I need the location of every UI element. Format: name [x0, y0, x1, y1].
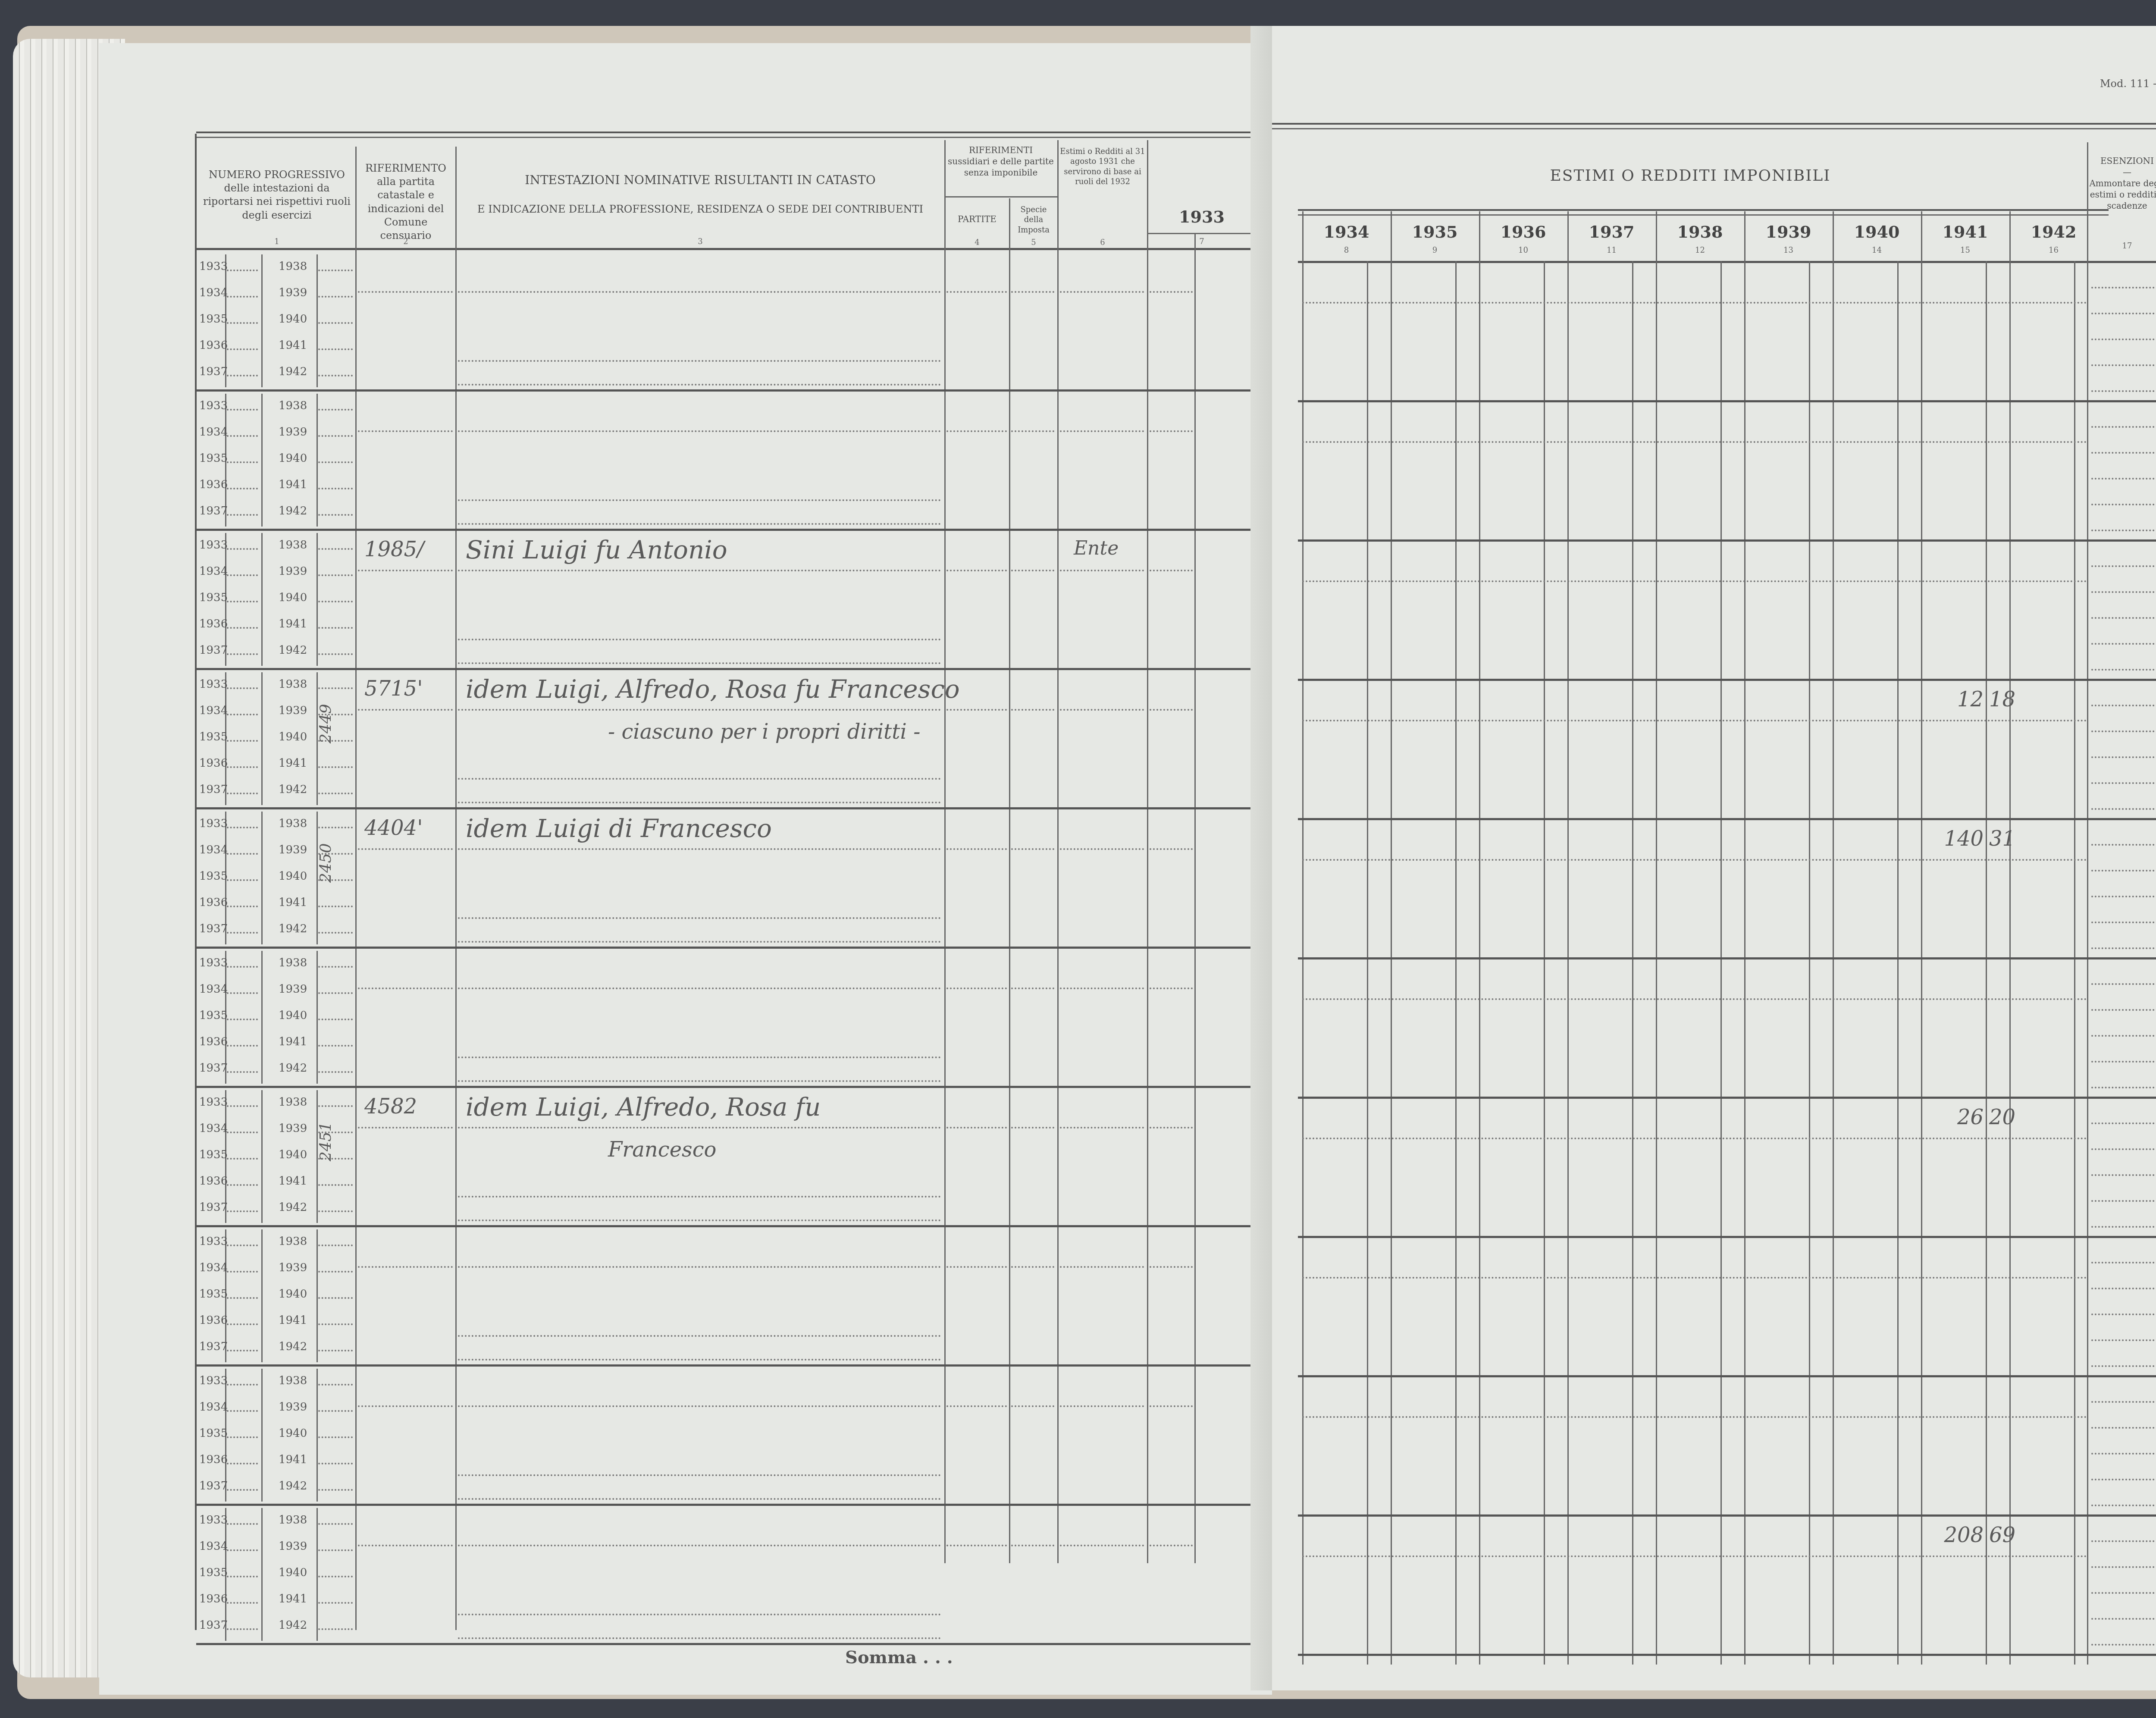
- name-line: [458, 384, 941, 386]
- block-divider: [196, 947, 1274, 949]
- esenzioni-line: [2091, 339, 2156, 340]
- dot-leader: [318, 1384, 353, 1386]
- col6-line: [1060, 291, 1144, 293]
- col6-line: [1060, 1545, 1144, 1546]
- year-col-divider: [1391, 211, 1392, 1665]
- year-label: 1942: [279, 505, 307, 517]
- divider-esenzioni: [2087, 142, 2088, 1665]
- col6-line: [1060, 709, 1144, 711]
- year-label: 1942: [279, 1340, 307, 1353]
- value-line: [1302, 998, 2087, 1000]
- specie-line: [1011, 709, 1054, 711]
- year-col-divider: [1656, 211, 1657, 1665]
- col2-sub: alla partita catastale e indicazioni del…: [357, 175, 454, 242]
- col5-title: Specie della Imposta: [1010, 205, 1057, 235]
- dot-leader: [227, 1210, 258, 1212]
- value-line: [1302, 1555, 2087, 1557]
- dot-leader: [227, 1271, 258, 1273]
- year-label: 1935: [199, 870, 228, 883]
- esenzioni-line: [2091, 1148, 2156, 1150]
- dot-leader: [227, 1132, 258, 1133]
- year-label: 1934: [199, 565, 228, 578]
- partite-line: [946, 1266, 1007, 1268]
- esenzioni-line: [2091, 782, 2156, 784]
- esenzioni-line: [2091, 591, 2156, 593]
- col3-sub: E INDICAZIONE DELLA PROFESSIONE, RESIDEN…: [457, 203, 943, 216]
- entry-riferimento: 5715': [364, 677, 423, 701]
- dot-leader: [318, 1105, 353, 1107]
- name-line: [458, 778, 941, 780]
- year-col-num: 15: [1921, 246, 2009, 255]
- dot-leader: [318, 966, 353, 968]
- dot-leader: [227, 1323, 258, 1325]
- name-line: [458, 802, 941, 803]
- year-label: 1936: [199, 896, 228, 909]
- col6-num: 6: [1058, 238, 1147, 247]
- col7-line: [1150, 988, 1193, 989]
- esenzioni-line: [2091, 756, 2156, 758]
- dot-leader: [227, 1523, 258, 1525]
- year-label: 1936: [199, 1314, 228, 1327]
- partite-line: [946, 430, 1007, 432]
- dot-leader: [318, 1245, 353, 1246]
- dot-leader: [318, 827, 353, 828]
- year-label: 1935: [199, 1288, 228, 1301]
- name-line: [458, 1359, 941, 1361]
- esenzioni-line: [2091, 426, 2156, 428]
- somma-label: Somma . . .: [845, 1647, 953, 1668]
- year-label: 1940: [279, 1009, 307, 1022]
- col2-num: 2: [357, 237, 454, 246]
- col1-sub: delle intestazioni da riportarsi nei ris…: [199, 182, 354, 222]
- year-label: 1940: [279, 730, 307, 743]
- block-divider: [1298, 539, 2156, 542]
- year-label: 1933: [199, 1096, 228, 1109]
- col4-title: PARTITE: [945, 213, 1009, 225]
- col7-line: [1150, 1127, 1193, 1129]
- block-divider: [196, 529, 1274, 531]
- dot-leader: [318, 1410, 353, 1412]
- year-col-divider: [261, 533, 263, 666]
- dot-leader: [318, 992, 353, 994]
- col6-line: [1060, 430, 1144, 432]
- year-label: 1938: [279, 1514, 307, 1527]
- year-label: 1934: [199, 843, 228, 856]
- ref-line: [358, 1266, 453, 1268]
- year-label: 1935: [199, 1148, 228, 1161]
- name-line: [458, 1196, 941, 1198]
- block-divider: [1298, 1097, 2156, 1099]
- entry-side-number: 2450: [317, 843, 335, 883]
- year-label: 1935: [199, 730, 228, 743]
- year-label: 1940: [279, 1427, 307, 1440]
- col2-header: RIFERIMENTO alla partita catastale e ind…: [357, 162, 454, 242]
- year-col-divider: [317, 1369, 318, 1502]
- dot-leader: [227, 514, 258, 516]
- col7-line: [1150, 1405, 1193, 1407]
- esenzioni-line: [2091, 364, 2156, 366]
- dot-leader: [227, 766, 258, 768]
- col7-line: [1150, 848, 1193, 850]
- year-col-divider: [261, 254, 263, 387]
- esenzioni-line: [2091, 504, 2156, 505]
- col3-num: 3: [457, 237, 943, 246]
- name-line: [458, 360, 941, 362]
- name-line: [458, 1474, 941, 1476]
- ref-line: [358, 430, 453, 432]
- name-line: [458, 941, 941, 943]
- dot-leader: [318, 601, 353, 602]
- dot-leader: [318, 488, 353, 489]
- dot-leader: [318, 1463, 353, 1464]
- year-label: 1936: [199, 1175, 228, 1188]
- dot-leader: [227, 1628, 258, 1630]
- year-label: 1937: [199, 1062, 228, 1075]
- divider-col7: [1194, 233, 1196, 1563]
- entry-intestazione: idem Luigi, Alfredo, Rosa fu: [466, 1092, 821, 1122]
- ref-line: [358, 709, 453, 711]
- name-line: [458, 499, 941, 501]
- block-divider: [1298, 1375, 2156, 1377]
- year-label: 1933: [199, 1514, 228, 1527]
- name-line: [458, 1545, 941, 1546]
- esenzioni-title: ESENZIONI: [2088, 155, 2156, 166]
- esenzioni-line: [2091, 1200, 2156, 1202]
- esenzioni-line: [2091, 1288, 2156, 1289]
- divider-col6-col7: [1147, 140, 1148, 1563]
- dot-leader: [227, 1184, 258, 1186]
- esenzioni-line: [2091, 565, 2156, 567]
- year-col-divider: [1479, 211, 1480, 1665]
- dot-leader: [227, 296, 258, 298]
- dot-leader: [227, 714, 258, 715]
- esenzioni-line: [2091, 617, 2156, 619]
- year-col-num: 9: [1391, 246, 1479, 255]
- dot-leader: [227, 574, 258, 576]
- esenzioni-line: [2091, 313, 2156, 314]
- specie-line: [1011, 291, 1054, 293]
- block-divider: [196, 1364, 1274, 1367]
- dot-leader: [227, 548, 258, 550]
- year-label: 1937: [199, 783, 228, 796]
- specie-line: [1011, 430, 1054, 432]
- specie-line: [1011, 570, 1054, 571]
- year-header: 1941: [1921, 222, 2009, 241]
- dot-leader: [227, 1105, 258, 1107]
- partite-line: [946, 1405, 1007, 1407]
- year-label: 1939: [279, 1122, 307, 1135]
- specie-line: [1011, 988, 1054, 989]
- year-label: 1937: [199, 1340, 228, 1353]
- year-label: 1937: [199, 365, 228, 378]
- col6-line: [1060, 1266, 1144, 1268]
- name-line: [458, 988, 941, 989]
- year-label: 1942: [279, 1062, 307, 1075]
- dot-leader: [318, 1576, 353, 1577]
- esenzioni-line: [2091, 1339, 2156, 1341]
- value-1941-lire: 140: [1930, 827, 1984, 851]
- dot-leader: [227, 827, 258, 828]
- value-line: [1302, 720, 2087, 721]
- year-label: 1939: [279, 983, 307, 996]
- block-divider: [1298, 1654, 2156, 1656]
- ref-line: [358, 570, 453, 571]
- block-divider: [1298, 957, 2156, 959]
- dot-leader: [318, 1210, 353, 1212]
- esenzioni-line: [2091, 478, 2156, 480]
- name-line: [458, 430, 941, 432]
- dot-leader: [227, 1576, 258, 1577]
- dot-leader: [227, 1489, 258, 1491]
- dot-leader: [227, 932, 258, 934]
- year-label: 1937: [199, 1201, 228, 1214]
- dot-leader: [318, 1523, 353, 1525]
- year-col-divider: [1744, 211, 1745, 1665]
- esenzioni-line: [2091, 1122, 2156, 1124]
- dot-leader: [318, 435, 353, 437]
- year-header: 1936: [1479, 222, 1567, 241]
- dot-leader: [227, 409, 258, 411]
- year-label: 1935: [199, 313, 228, 326]
- header-top-rule: [196, 132, 1274, 138]
- year-label: 1942: [279, 922, 307, 935]
- year-label: 1933: [199, 1374, 228, 1387]
- value-line: [1302, 580, 2087, 582]
- year-label: 1938: [279, 678, 307, 691]
- esenzioni-line: [2091, 983, 2156, 985]
- esenzioni-line: [2091, 1174, 2156, 1176]
- dot-leader: [227, 1410, 258, 1412]
- esenzioni-line: [2091, 1401, 2156, 1403]
- year-label: 1937: [199, 644, 228, 657]
- year-label: 1933: [199, 817, 228, 830]
- dot-leader: [318, 514, 353, 516]
- dot-leader: [318, 548, 353, 550]
- dot-leader: [318, 348, 353, 350]
- year-col-divider: [261, 1369, 263, 1502]
- col4-num: 4: [945, 238, 1009, 247]
- name-line: [458, 570, 941, 571]
- dot-leader: [318, 932, 353, 934]
- year-label: 1939: [279, 286, 307, 299]
- col7-line: [1150, 1266, 1193, 1268]
- col6-line: [1060, 988, 1144, 989]
- years-top-rule: [1298, 209, 2109, 216]
- year-col-divider: [2009, 211, 2011, 1665]
- value-1941-cent: 18: [1989, 687, 2015, 712]
- divider-col5-col6: [1057, 140, 1059, 1563]
- year-label: 1936: [199, 339, 228, 352]
- dot-leader: [227, 1436, 258, 1438]
- year-col-divider: [317, 951, 318, 1084]
- year-col-divider: [317, 1508, 318, 1641]
- name-line: [458, 848, 941, 850]
- entry-side-number: 2449: [317, 704, 335, 743]
- year-col-divider: [1833, 211, 1834, 1665]
- year-col-num: 14: [1833, 246, 1921, 255]
- ref-line: [358, 1405, 453, 1407]
- dot-leader: [227, 1384, 258, 1386]
- esenzioni-line: [2091, 705, 2156, 706]
- specie-line: [1011, 1127, 1054, 1129]
- block-divider: [196, 807, 1274, 809]
- esenzioni-line: [2091, 1479, 2156, 1480]
- dot-leader: [318, 766, 353, 768]
- year-label: 1936: [199, 618, 228, 630]
- year-label: 1940: [279, 1566, 307, 1579]
- dot-leader: [318, 793, 353, 794]
- entry-col6: Ente: [1074, 537, 1119, 559]
- dot-leader: [227, 1019, 258, 1020]
- year-col-divider: [1921, 211, 1922, 1665]
- esenzioni-line: [2091, 1314, 2156, 1315]
- cent-divider: [1809, 261, 1810, 1665]
- name-line: [458, 1498, 941, 1500]
- year-col-divider: [261, 812, 263, 944]
- esenzioni-num: 17: [2088, 241, 2156, 251]
- year-label: 1941: [279, 339, 307, 352]
- cent-divider: [1544, 261, 1545, 1665]
- year-label: 1936: [199, 1035, 228, 1048]
- block-divider: [196, 1225, 1274, 1227]
- col7-num: 7: [1148, 237, 1256, 246]
- dot-leader: [227, 601, 258, 602]
- year-header: 1940: [1833, 222, 1921, 241]
- dot-leader: [227, 740, 258, 742]
- year-col-divider: [317, 533, 318, 666]
- esenzioni-line: [2091, 1566, 2156, 1568]
- dot-leader: [318, 1602, 353, 1604]
- year-label: 1939: [279, 1540, 307, 1553]
- year-label: 1939: [279, 565, 307, 578]
- year-label: 1935: [199, 1566, 228, 1579]
- dot-leader: [227, 906, 258, 907]
- esenzioni-line: [2091, 1540, 2156, 1542]
- year-label: 1934: [199, 1122, 228, 1135]
- esenzioni-line: [2091, 1087, 2156, 1088]
- year-header: 1935: [1391, 222, 1479, 241]
- divider-col1-col2: [355, 147, 357, 1630]
- dot-leader: [318, 1071, 353, 1073]
- year-label: 1942: [279, 644, 307, 657]
- year-label: 1942: [279, 1619, 307, 1632]
- cent-divider: [1720, 261, 1722, 1665]
- col5-num: 5: [1010, 238, 1057, 247]
- dot-leader: [318, 461, 353, 463]
- partite-line: [946, 988, 1007, 989]
- cent-divider: [1455, 261, 1457, 1665]
- year-label: 1934: [199, 286, 228, 299]
- name-line: [458, 1266, 941, 1268]
- divider-col4-col5: [1009, 198, 1010, 1563]
- entry-intestazione: idem Luigi di Francesco: [466, 814, 772, 843]
- dot-leader: [227, 1602, 258, 1604]
- value-line: [1302, 441, 2087, 443]
- ref-line: [358, 1127, 453, 1129]
- block-divider: [1298, 1514, 2156, 1517]
- esenzioni-line: [2091, 844, 2156, 846]
- esenzioni-line: [2091, 947, 2156, 949]
- year-header: 1942: [2009, 222, 2098, 241]
- dot-leader: [227, 653, 258, 655]
- entry-riferimento: 4404': [364, 816, 423, 840]
- dot-leader: [318, 627, 353, 629]
- year-label: 1933: [199, 539, 228, 552]
- year-label: 1938: [279, 260, 307, 273]
- esenzioni-line: [2091, 1592, 2156, 1594]
- dot-leader: [318, 1184, 353, 1186]
- name-line: [458, 662, 941, 664]
- year-label: 1941: [279, 896, 307, 909]
- year-col-divider: [317, 394, 318, 527]
- year-label: 1938: [279, 817, 307, 830]
- block-divider: [196, 1643, 1274, 1645]
- dot-leader: [318, 1436, 353, 1438]
- esenzioni-line: [2091, 1453, 2156, 1455]
- dot-leader: [227, 1071, 258, 1073]
- partite-line: [946, 1545, 1007, 1546]
- dot-leader: [227, 1045, 258, 1047]
- col1-title: NUMERO PROGRESSIVO: [199, 168, 354, 182]
- esenzioni-line: [2091, 896, 2156, 897]
- year-label: 1938: [279, 1235, 307, 1248]
- dot-leader: [318, 1549, 353, 1551]
- col6-line: [1060, 570, 1144, 571]
- name-line: [458, 1057, 941, 1058]
- dot-leader: [227, 270, 258, 271]
- specie-line: [1011, 1545, 1054, 1546]
- cent-divider: [1367, 261, 1368, 1665]
- specie-line: [1011, 1266, 1054, 1268]
- ref-line: [358, 291, 453, 293]
- esenzioni-header: ESENZIONI — Ammontare degli estimi o red…: [2088, 155, 2156, 211]
- name-line: [458, 709, 941, 711]
- esenzioni-line: [2091, 287, 2156, 288]
- ref-line: [358, 848, 453, 850]
- esenzioni-line: [2091, 1618, 2156, 1620]
- year-label: 1935: [199, 1009, 228, 1022]
- year-label: 1938: [279, 956, 307, 969]
- entry-line2: - ciascuno per i propri diritti -: [608, 720, 920, 744]
- year-label: 1939: [279, 1261, 307, 1274]
- dot-leader: [227, 322, 258, 324]
- year-label: 1936: [199, 1593, 228, 1605]
- col7-line: [1150, 430, 1193, 432]
- esenzioni-line: [2091, 1365, 2156, 1367]
- col7-line: [1150, 1545, 1193, 1546]
- block-divider: [1298, 1236, 2156, 1238]
- year-label: 1941: [279, 1593, 307, 1605]
- value-1941-lire: 208: [1930, 1523, 1984, 1547]
- year-label: 1935: [199, 591, 228, 604]
- year-col-num: 16: [2009, 246, 2098, 255]
- dot-leader: [318, 1297, 353, 1299]
- year-col-num: 11: [1567, 246, 1656, 255]
- col6-line: [1060, 848, 1144, 850]
- riferimenti-rule: [945, 196, 1057, 198]
- year-label: 1937: [199, 1619, 228, 1632]
- dot-leader: [318, 375, 353, 376]
- partite-line: [946, 570, 1007, 571]
- year-col-num: 8: [1302, 246, 1391, 255]
- esenzioni-line: [2091, 1035, 2156, 1037]
- year-label: 1940: [279, 591, 307, 604]
- dot-leader: [227, 1463, 258, 1464]
- value-1941-cent: 20: [1989, 1105, 2015, 1129]
- year-label: 1936: [199, 757, 228, 770]
- year-label: 1934: [199, 1401, 228, 1414]
- year-label: 1940: [279, 1148, 307, 1161]
